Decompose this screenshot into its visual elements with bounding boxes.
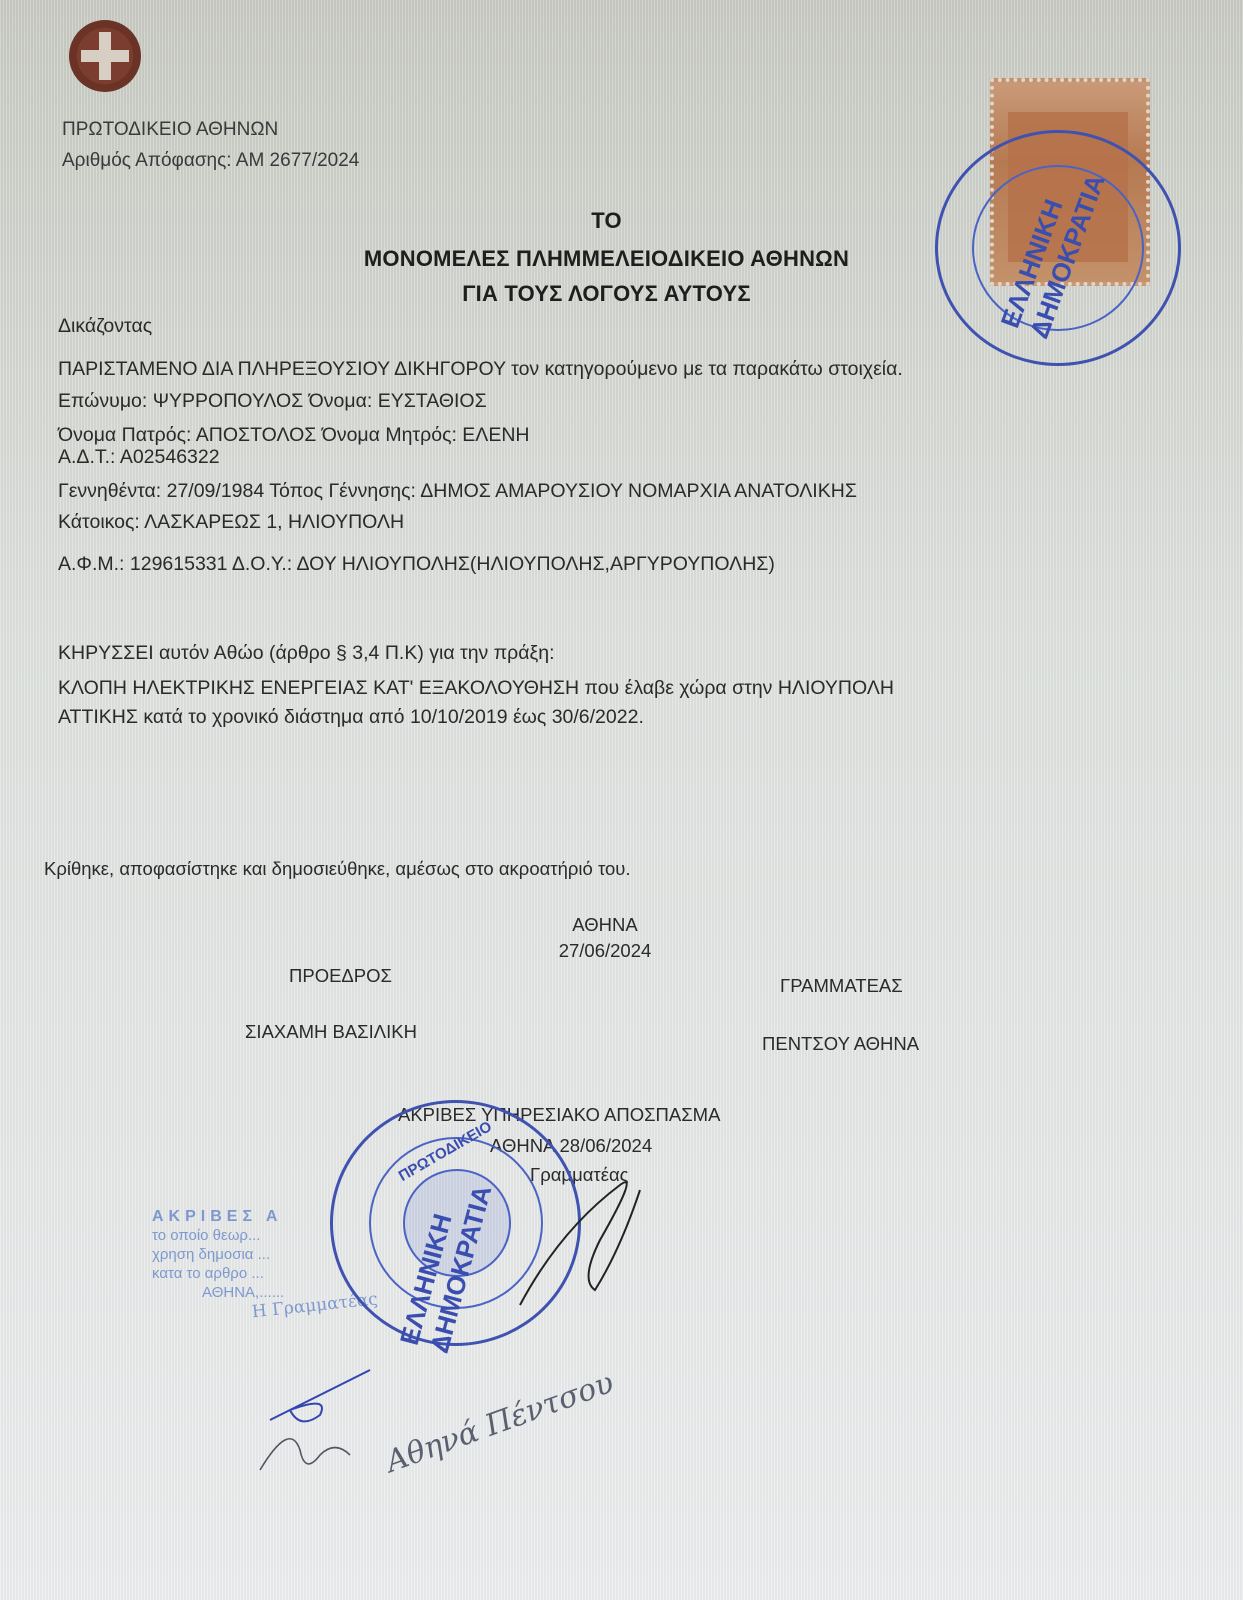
- secretary-name: ΠΕΝΤΣΟΥ ΑΘΗΝΑ: [762, 1033, 919, 1055]
- defendant-birth: Γεννηθέντα: 27/09/1984 Τόπος Γέννησης: Δ…: [58, 480, 857, 503]
- defendant-id: Α.Δ.Τ.: Α02546322: [58, 446, 220, 469]
- bottom-official-seal: ΕΛΛΗΝΙΚΗ ΔΗΜΟΚΡΑΤΙΑ ΠΡΩΤΟΔΙΚΕΙΟ: [330, 1100, 581, 1346]
- title-line-1: ΤΟ: [0, 208, 1213, 234]
- trial-intro: Δικάζοντας: [58, 315, 152, 338]
- closing-statement: Κρίθηκε, αποφασίστηκε και δημοσιεύθηκε, …: [44, 858, 631, 880]
- title-line-2: ΜΟΝΟΜΕΛΕΣ ΠΛΗΜΜΕΛΕΙΟΔΙΚΕΙΟ ΑΘΗΝΩΝ: [0, 246, 1213, 272]
- secretary-title: ΓΡΑΜΜΑΤΕΑΣ: [780, 975, 903, 997]
- defendant-parents: Όνομα Πατρός: ΑΠΟΣΤΟΛΟΣ Όνομα Μητρός: ΕΛ…: [58, 424, 530, 447]
- closing-city: ΑΘΗΝΑ: [505, 914, 705, 936]
- decision-number: Αριθμός Απόφασης: ΑΜ 2677/2024: [62, 150, 359, 172]
- defendant-residence: Κάτοικος: ΛΑΣΚΑΡΕΩΣ 1, ΗΛΙΟΥΠΟΛΗ: [58, 511, 404, 534]
- title-line-3: ΓΙΑ ΤΟΥΣ ΛΟΓΟΥΣ ΑΥΤΟΥΣ: [0, 281, 1213, 307]
- verdict-line-3: ΑΤΤΙΚΗΣ κατά το χρονικό διάστημα από 10/…: [58, 706, 644, 729]
- closing-date: 27/06/2024: [505, 940, 705, 962]
- representation-line: ΠΑΡΙΣΤΑΜΕΝΟ ΔΙΑ ΠΛΗΡΕΞΟΥΣΙΟΥ ΔΙΚΗΓΟΡΟΥ τ…: [58, 358, 903, 381]
- handwritten-signature: Αθηνά Πέντσου: [381, 1365, 618, 1480]
- president-title: ΠΡΟΕΔΡΟΣ: [289, 965, 392, 987]
- president-name: ΣΙΑΧΑΜΗ ΒΑΣΙΛΙΚΗ: [245, 1021, 417, 1043]
- court-name: ΠΡΩΤΟΔΙΚΕΙΟ ΑΘΗΝΩΝ: [62, 119, 278, 141]
- verdict-line-1: ΚΗΡΥΣΣΕΙ αυτόν Αθώο (άρθρο § 3,4 Π.Κ) γι…: [58, 642, 555, 665]
- defendant-tax: Α.Φ.Μ.: 129615331 Δ.Ο.Υ.: ΔΟΥ ΗΛΙΟΥΠΟΛΗΣ…: [58, 553, 775, 576]
- defendant-name: Επώνυμο: ΨΥΡΡΟΠΟΥΛΟΣ Όνομα: ΕΥΣΤΑΘΙΟΣ: [58, 390, 487, 413]
- verdict-line-2: ΚΛΟΠΗ ΗΛΕΚΤΡΙΚΗΣ ΕΝΕΡΓΕΙΑΣ ΚΑΤ' ΕΞΑΚΟΛΟΥ…: [58, 677, 894, 700]
- coat-of-arms-icon: [69, 20, 141, 92]
